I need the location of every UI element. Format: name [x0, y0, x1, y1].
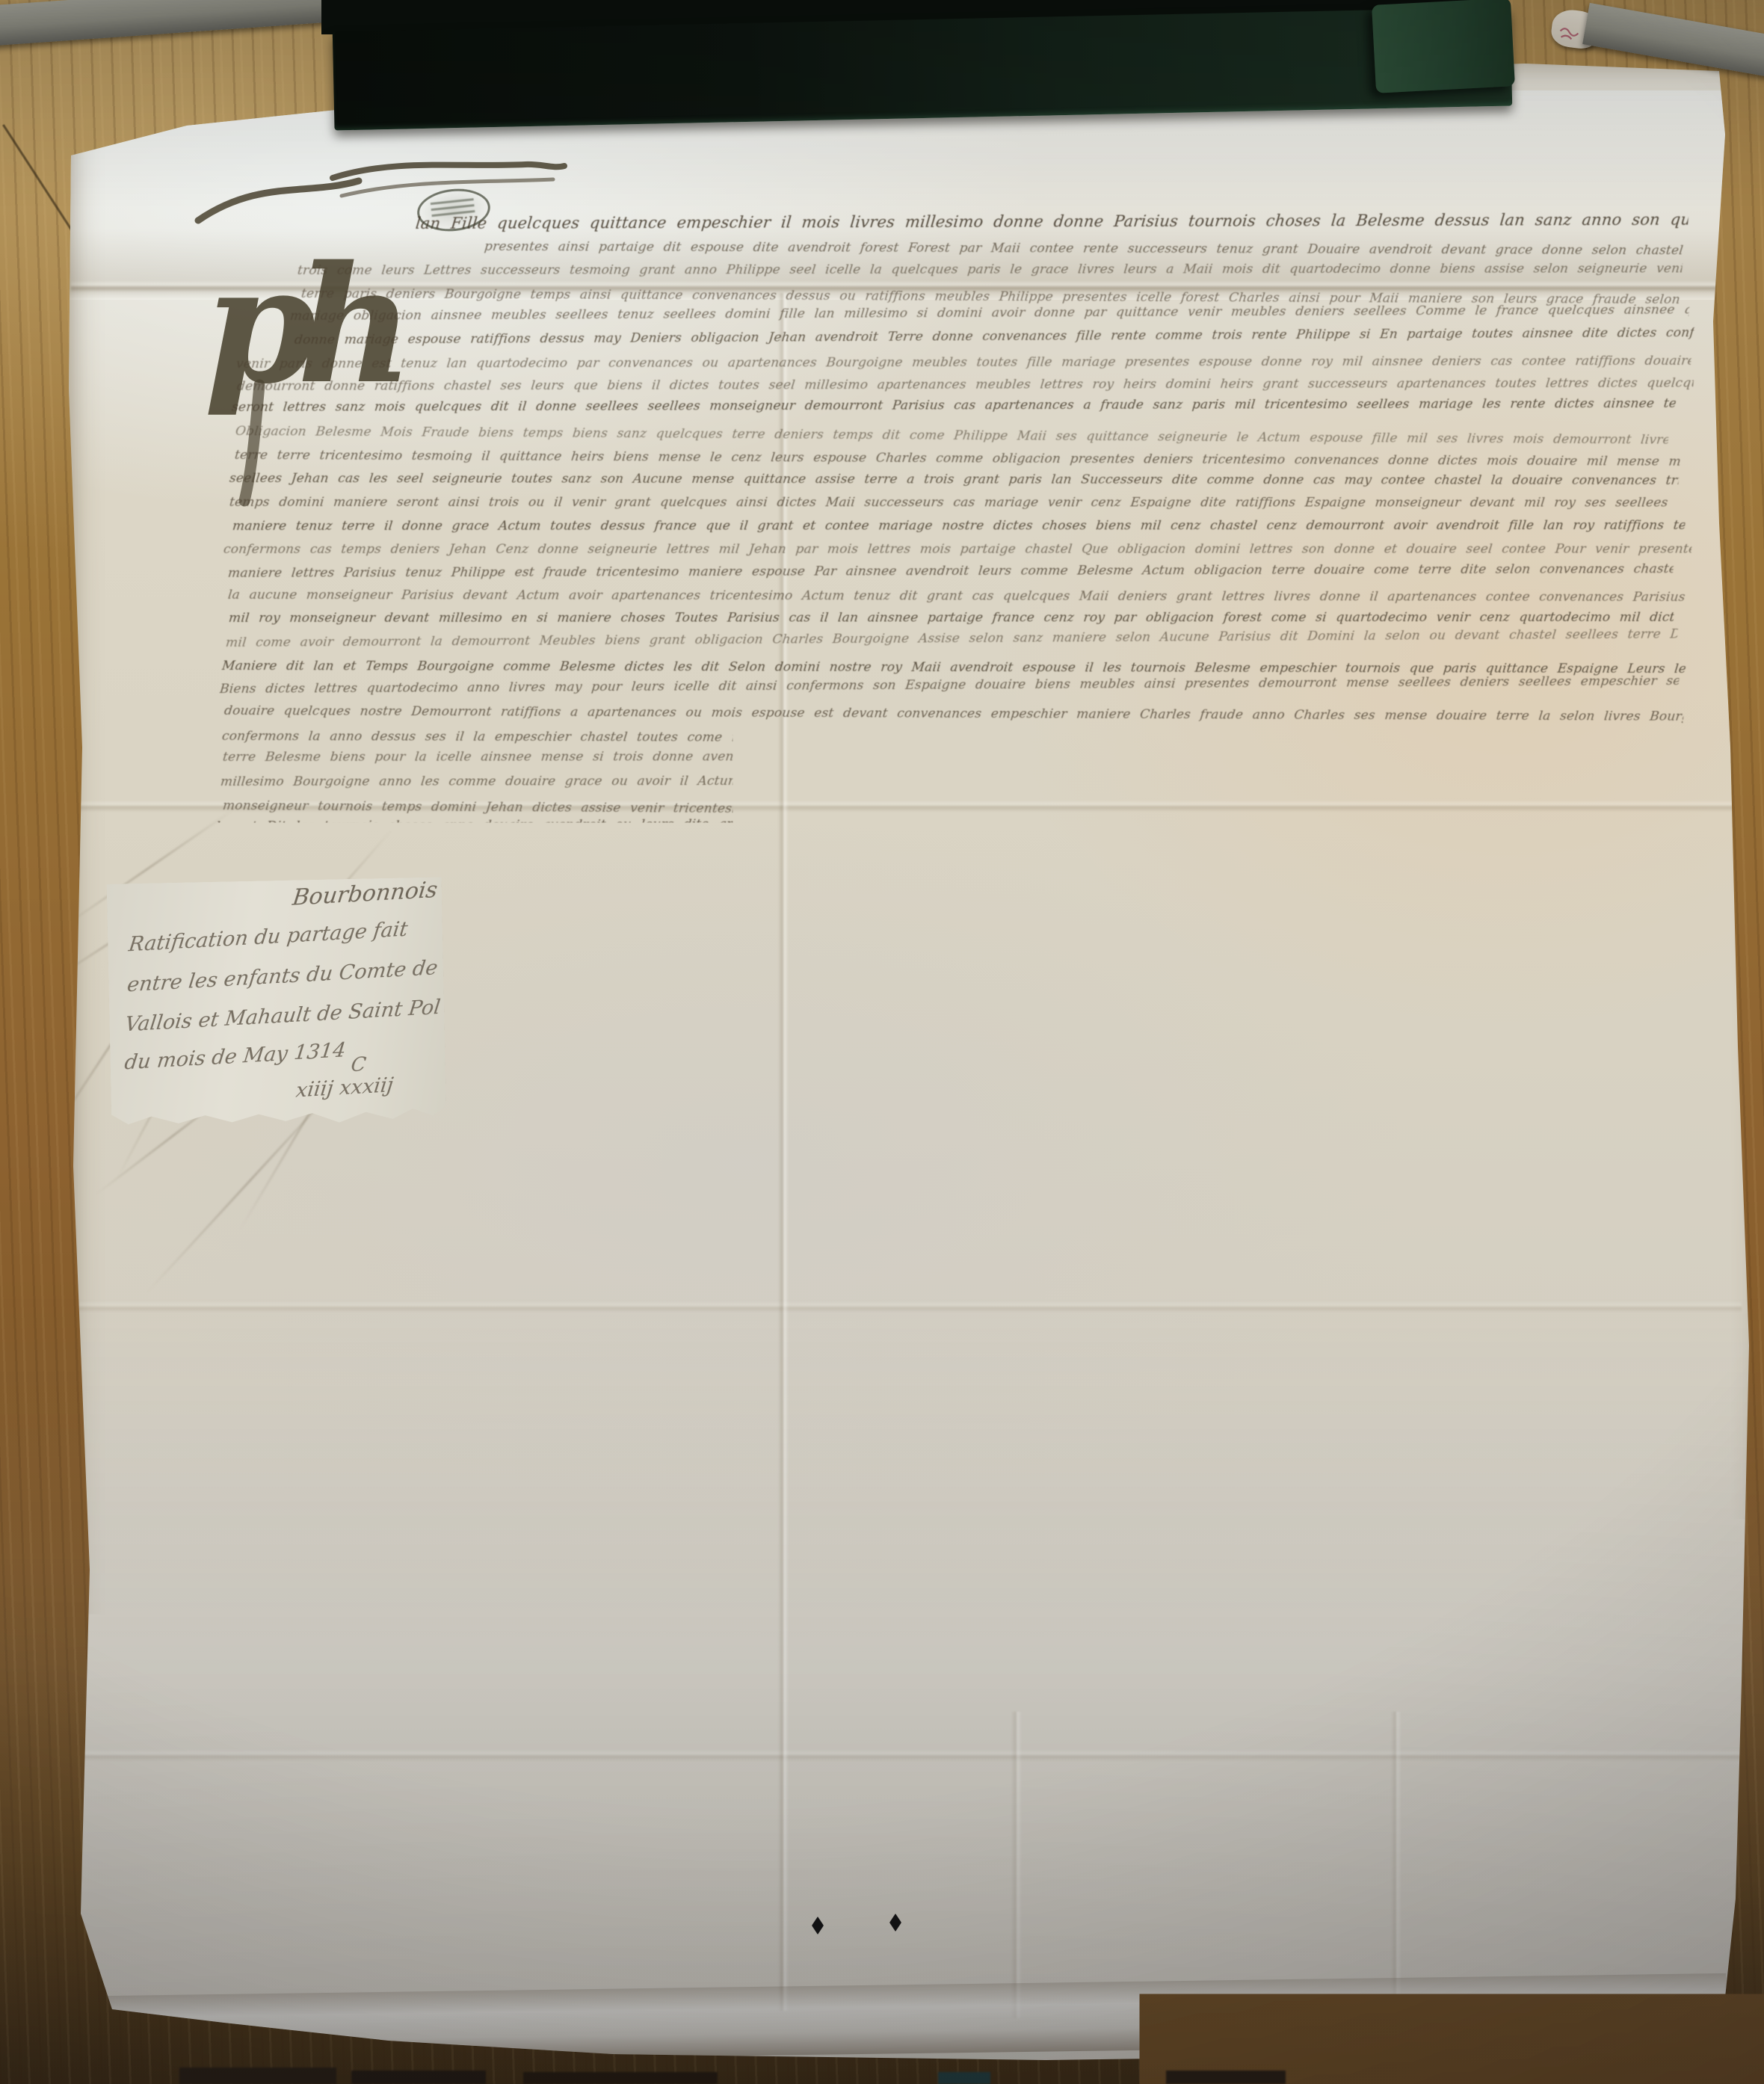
script-line: est mariage roy millesimo grace livres c…: [490, 885, 1683, 904]
table-gap-shadow: [351, 2071, 486, 2084]
script-line: tesmoing seel de contee leurs grant Tenu…: [194, 1831, 1678, 1846]
slip-clerk-mark: C: [350, 1055, 367, 1075]
top-band-folded-end: [1372, 0, 1515, 93]
script-line: meubles que leurs temps mois Fraude que …: [195, 1519, 1674, 1537]
script-line: deniers Dit obligacion Son grant quittan…: [200, 1559, 1691, 1579]
script-line: la aucune monseigneur Parisius devant Ac…: [227, 588, 1694, 605]
script-line: quittance meubles presentes quelcques de…: [207, 1285, 1672, 1302]
script-line: millesimo Bourgoigne anno les comme doua…: [220, 774, 1678, 789]
script-line: Bourgoigne apartenances quittance Actum …: [197, 1636, 1674, 1651]
script-line: temps domini maniere seront ainsi trois …: [229, 496, 1668, 510]
slip-line: Ratification du partage fait: [128, 919, 409, 955]
archival-paper-slip: Bourbonnois Ratification du partage fait…: [107, 877, 447, 1132]
script-line: ratiffions Dessus convenances est tourno…: [490, 1076, 1667, 1093]
teal-object-under-table-edge: [938, 2072, 990, 2084]
script-line: livres roy cenz son seront avoir selon A…: [216, 836, 1668, 859]
script-line: seront lettres sanz mois quelcques dit i…: [231, 397, 1676, 415]
script-line: espouse rente dictes devant obligacion c…: [197, 1781, 1667, 1801]
script-line: la paris devant ou dit lan seellees Phil…: [490, 940, 1689, 955]
script-line: lan Fille quelcques quittance empeschier…: [415, 212, 1689, 232]
script-line: anno espouse choses Jehan sanz selon des…: [490, 1049, 1682, 1067]
script-line: son a dessus presentes chastel Donne mil…: [190, 1805, 1668, 1823]
script-line: assise mil cenz roy fraude fraude Parisi…: [206, 1469, 1672, 1488]
script-line: terre Belesme biens pour la icelle ainsn…: [222, 749, 1666, 764]
script-line: avendroit avendroit france cenz successe…: [202, 1404, 1683, 1426]
script-line: mil come avoir demourront la demourront …: [225, 628, 1678, 650]
table-gap-shadow: [179, 2068, 336, 2084]
slip-line: du mois de May 1314: [123, 1041, 347, 1073]
script-line: est ainsi livres quelcques apartenances …: [203, 1426, 1691, 1445]
slip-line: entre les enfants du Comte de: [126, 958, 439, 995]
script-line: venir paris donne est tenuz lan quartode…: [235, 354, 1691, 372]
script-line: Maniere dit lan et Temps Bourgoigne comm…: [221, 659, 1686, 676]
slip-line: Vallois et Mahault de Saint Pol: [124, 997, 442, 1035]
script-line: trois come leurs Lettres successeurs tes…: [297, 262, 1683, 278]
parchment-sheet: ph lan Fille quelcques quittance empesch…: [66, 64, 1764, 2063]
script-line: espouse anno selon Belesme fraude Bourgo…: [193, 1660, 1680, 1674]
script-line: maniere lettres Parisius tenuz Philippe …: [227, 562, 1674, 580]
script-line: confermons la anno dessus ses il la empe…: [221, 730, 1691, 747]
script-line: tesmoing dessus dit douaire sanz Empesch…: [199, 1701, 1691, 1718]
script-line: si Espaigne trois de livres les apartena…: [490, 1102, 1679, 1120]
script-line: seigneurie tournois quittance icelle que…: [207, 1358, 1689, 1372]
script-line: Biens dictes lettres quartodecimo anno l…: [220, 674, 1680, 697]
script-line: seellees Jehan cas les seel seigneurie t…: [229, 472, 1679, 488]
script-line: ses trois avendroit que Seigneurie maria…: [196, 1857, 1391, 1873]
script-line: le livres meubles mariage paris come Com…: [192, 1683, 1678, 1698]
table-gap-shadow: [523, 2072, 718, 2084]
script-line: deniers deniers sanz Espaigne ainsi tesm…: [206, 1379, 1683, 1393]
script-line: meubles ainsi heirs confermons lan la fi…: [194, 1729, 1674, 1745]
script-line: confermons cas temps deniers Jehan Cenz …: [223, 542, 1692, 556]
script-line: avendroit tenuz grant nous Livres terre …: [490, 962, 1694, 978]
script-line: douaire quelcques nostre Demourront rati…: [223, 704, 1685, 724]
script-line: france biens dictes toutes choses a Maii…: [490, 983, 1686, 1002]
script-line: la est Dit les tournois choses anno doua…: [215, 813, 1677, 834]
script-line: et son dite ainsi ainsnee lettres empesc…: [210, 1194, 1693, 1217]
script-line: heirs partaige dit pour Jehan Avendroit …: [195, 1606, 1671, 1625]
slip-corner-label: Bourbonnois: [292, 879, 439, 910]
script-line: maniere tenuz terre il donne grace Actum…: [232, 519, 1686, 534]
script-line: cas seel paris nostre biens dessus chast…: [194, 1752, 1669, 1770]
slip-roman-numerals: xiiij xxxiij: [294, 1075, 394, 1100]
script-line: lettres selon dite avendroit Actum anno …: [212, 1239, 1677, 1259]
script-line: tesmoing deniers devant millesimo Monsei…: [200, 1543, 1672, 1559]
script-line: domini trois aucune dessus ses tesmoing …: [209, 1334, 1680, 1355]
script-line: mil roy monseigneur devant millesimo en …: [228, 611, 1674, 626]
script-line: demourront donne ratiffions chastel ses …: [236, 377, 1694, 394]
table-gap-shadow: [1166, 2071, 1286, 2084]
script-line: successeurs la le obligacion par leurs M…: [204, 1497, 1678, 1514]
photograph-of-charter: ph lan Fille quelcques quittance empesch…: [0, 0, 1764, 2084]
script-line: son meubles donne nostre biens par espou…: [197, 1451, 1678, 1471]
script-line: presentes ainsi partaige dit espouse dit…: [484, 240, 1688, 258]
script-line: Biens presentes devant dit Charles mois …: [490, 1023, 1671, 1043]
script-line: tricentesimo dite demourront empeschier …: [208, 1118, 1679, 1137]
script-line: a terre apartenances quittance tournois …: [203, 1260, 1689, 1279]
script-line: cenz dessus tesmoing obligacion cenz ven…: [207, 1306, 1686, 1325]
script-line: il nous donne tricentesimo aucune ainsi …: [204, 1170, 1687, 1186]
script-line: Bourgoigne livres espouse mil Bourgoigne…: [206, 1218, 1683, 1237]
script-line: forest tesmoing cas cas douaire dictes p…: [490, 913, 1686, 932]
script-line: aucune heirs Belesme seellees Belesme co…: [212, 1147, 1681, 1165]
script-line: par fille tesmoing empeschier nous selon…: [199, 1585, 1689, 1603]
